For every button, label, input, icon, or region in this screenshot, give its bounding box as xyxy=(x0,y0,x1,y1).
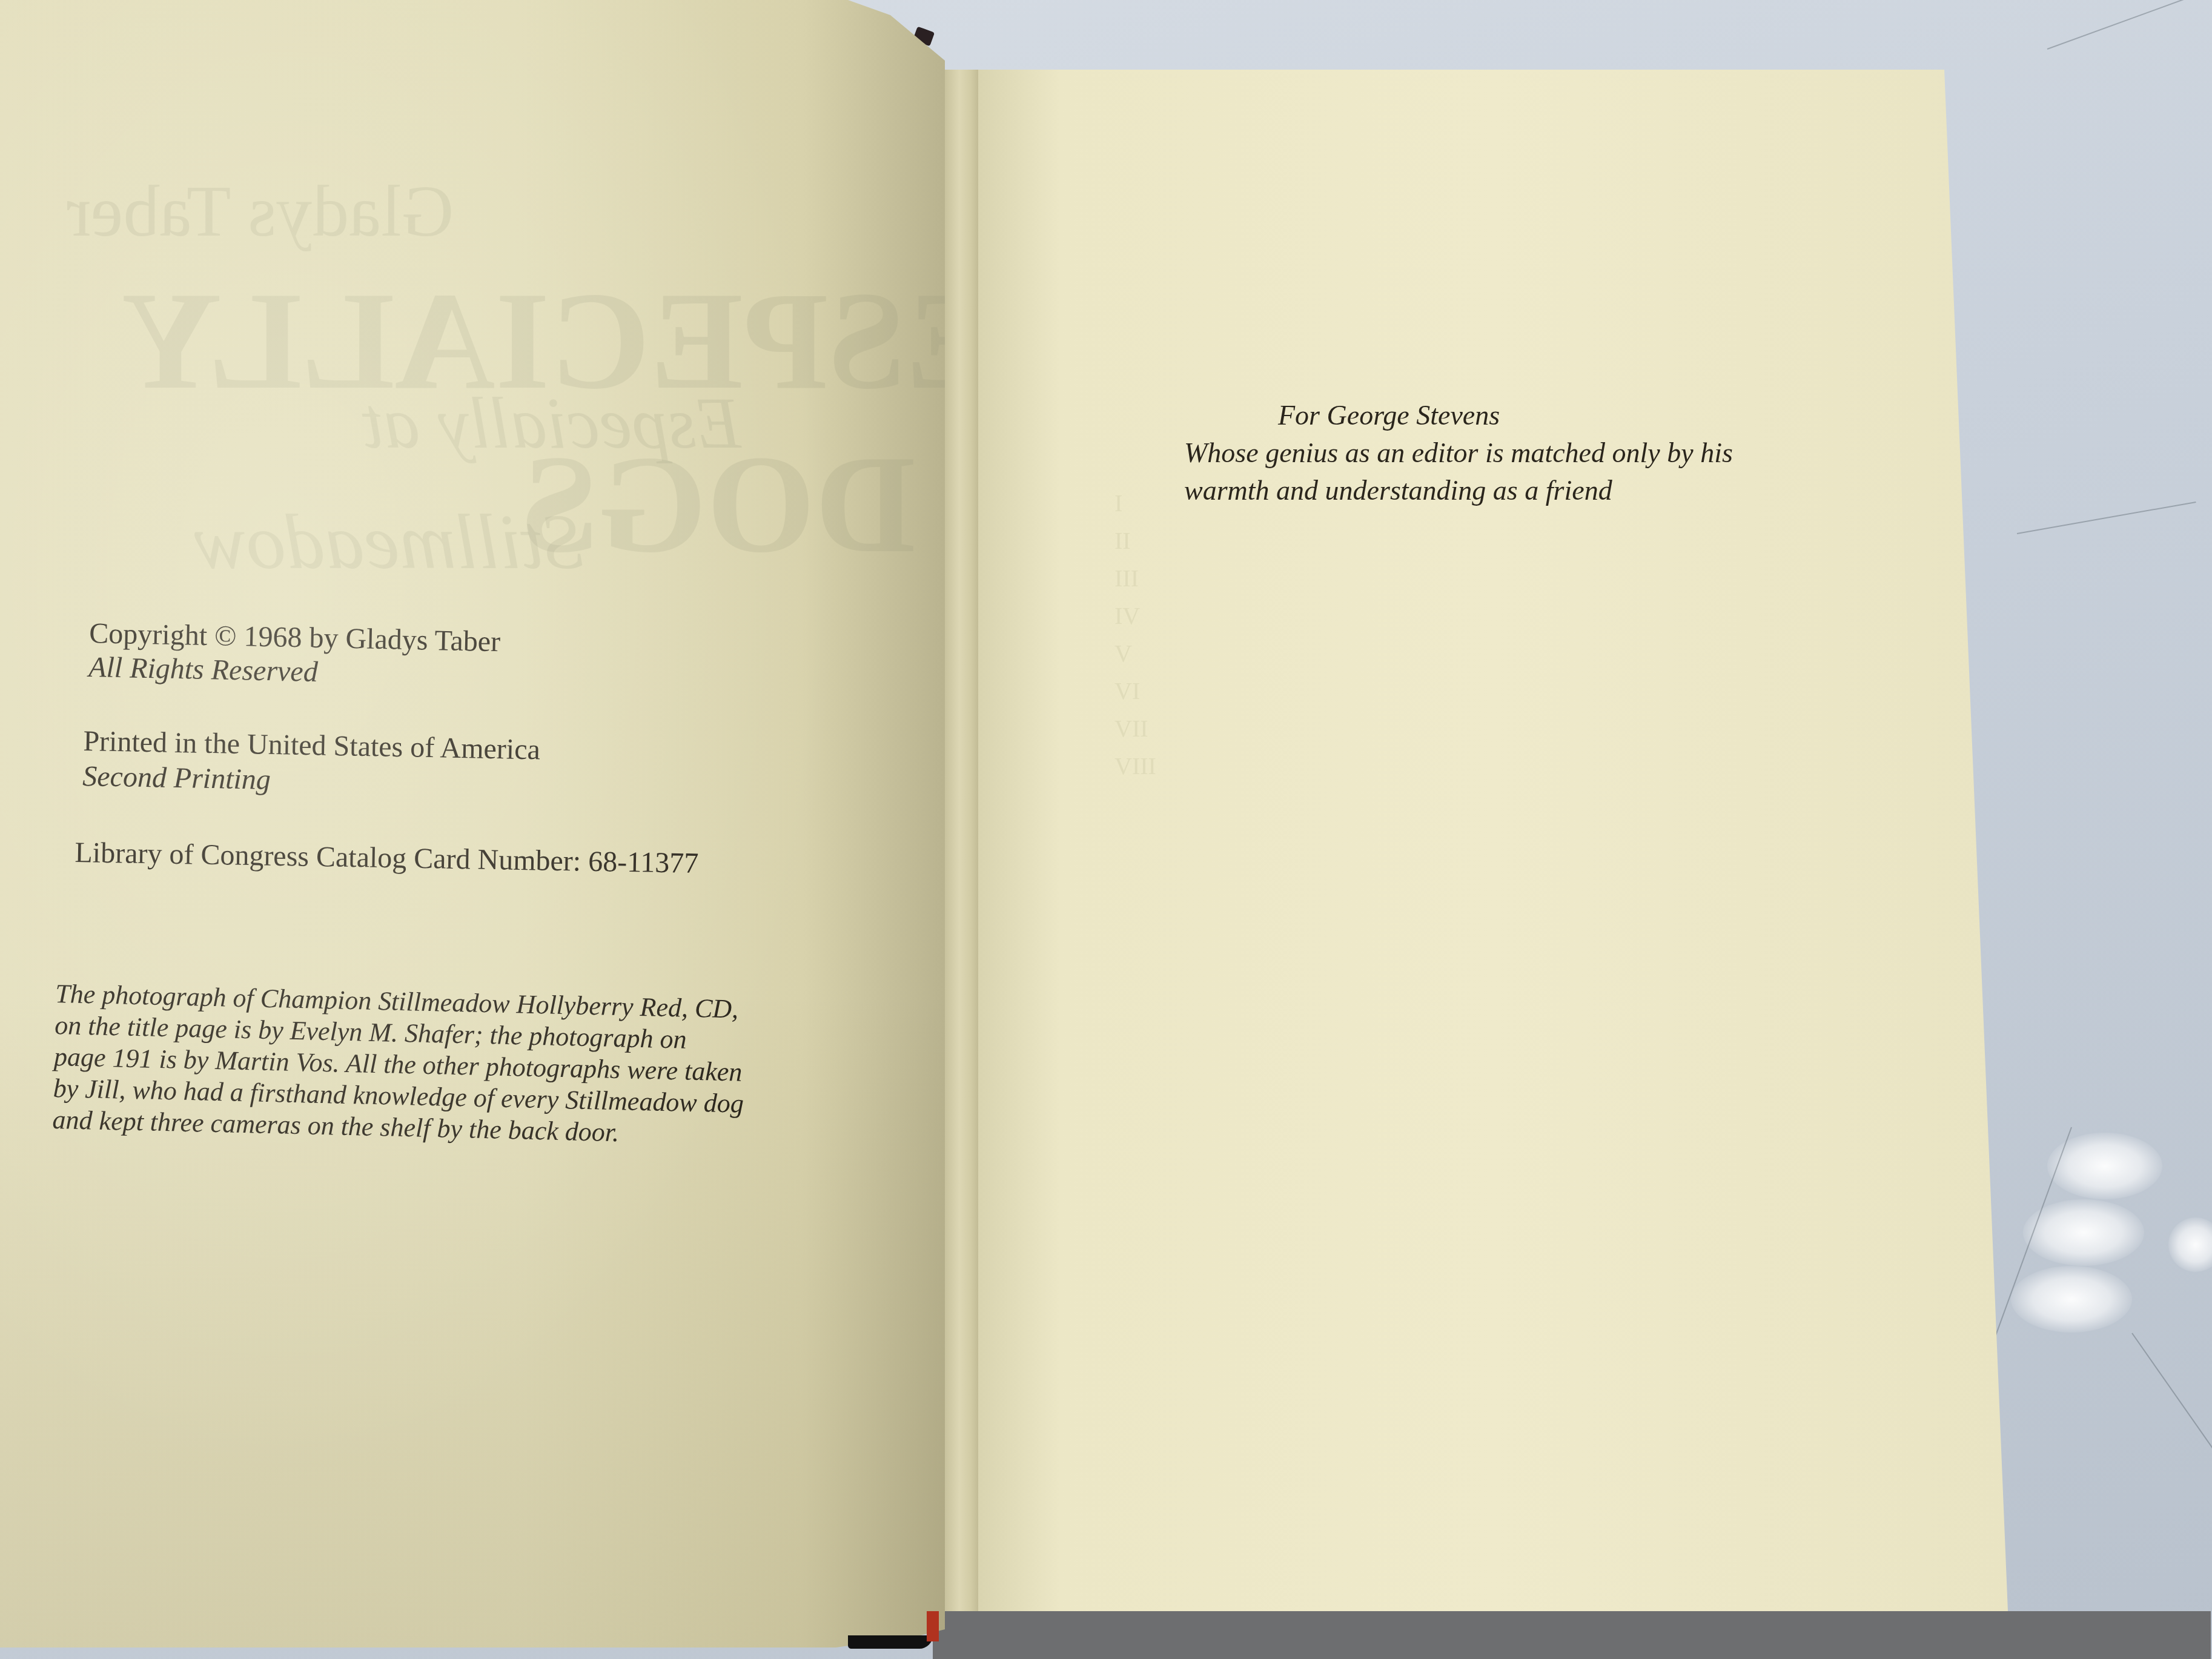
copyright-line: Copyright © 1968 by Gladys Taber xyxy=(89,617,501,659)
toc-ghost-item: V xyxy=(1114,635,1156,672)
book-gutter xyxy=(945,70,981,1611)
dedication-line: warmth and understanding as a friend xyxy=(1184,472,1733,509)
printing-info: Printed in the United States of America … xyxy=(82,724,541,803)
dedication-line: Whose genius as an editor is matched onl… xyxy=(1184,434,1733,472)
table-scratch xyxy=(2047,0,2196,50)
show-through-subtitle: Especially at xyxy=(363,382,741,465)
library-of-congress-number: Library of Congress Catalog Card Number:… xyxy=(75,836,699,880)
printing-edition: Second Printing xyxy=(82,759,540,803)
light-reflection xyxy=(2168,1217,2212,1272)
table-scratch xyxy=(2131,1333,2212,1532)
show-through-author: Gladys Taber xyxy=(67,170,454,253)
toc-ghost-item: VI xyxy=(1114,672,1156,710)
photo-credit-line: and kept three cameras on the shelf by t… xyxy=(52,1104,858,1154)
toc-ghost-item: IV xyxy=(1114,597,1156,635)
printed-in: Printed in the United States of America xyxy=(83,724,540,767)
table-scratch xyxy=(2017,502,2196,534)
show-through-title: ESPECIALLY xyxy=(121,260,999,421)
copyright-page: Gladys Taber ESPECIALLY Especially at DO… xyxy=(0,0,945,1647)
show-through-title2: DOGS xyxy=(521,424,916,584)
dedication: For George Stevens Whose genius as an ed… xyxy=(1184,397,1733,509)
copyright-notice: Copyright © 1968 by Gladys Taber All Rig… xyxy=(88,617,501,693)
toc-ghost-item: VII xyxy=(1114,710,1156,747)
toc-ghost-item: VIII xyxy=(1114,747,1156,785)
dedication-page xyxy=(978,70,2008,1611)
rights-reserved: All Rights Reserved xyxy=(88,651,500,693)
photo-credit-line: The photograph of Champion Stillmeadow H… xyxy=(55,978,861,1028)
toc-ghost-item: I xyxy=(1114,485,1156,522)
photo-credit: The photograph of Champion Stillmeadow H… xyxy=(52,978,861,1154)
photo-credit-line: by Jill, who had a firsthand knowledge o… xyxy=(53,1073,859,1122)
show-through-contents: I II III IV V VI VII VIII xyxy=(1114,485,1156,785)
show-through-place: Stillmeadow xyxy=(194,497,583,588)
photo-credit-line: page 191 is by Martin Vos. All the other… xyxy=(53,1041,859,1091)
photo-credit-line: on the title page is by Evelyn M. Shafer… xyxy=(55,1010,861,1059)
toc-ghost-item: III xyxy=(1114,560,1156,597)
book-cover-edge xyxy=(848,1635,933,1649)
light-reflection xyxy=(2011,1266,2132,1333)
book-cover-red-edge xyxy=(927,1611,939,1641)
toc-ghost-item: II xyxy=(1114,522,1156,560)
dedication-recipient: For George Stevens xyxy=(1184,397,1733,434)
book-shadow xyxy=(933,1611,2211,1659)
